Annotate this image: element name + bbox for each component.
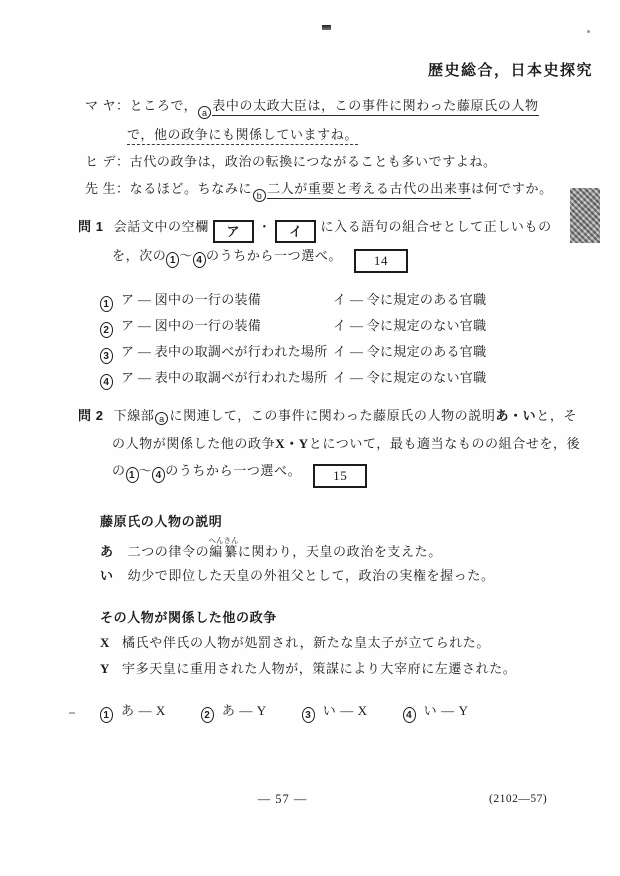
question2-line1: 問 2下線部aに関連して，この事件に関わった藤原氏の人物の説明あ・いと，そ bbox=[78, 406, 577, 426]
circled-number-4-icon: 4 bbox=[152, 467, 165, 483]
combo-text: い ― Y bbox=[424, 703, 469, 718]
scan-registration-mark bbox=[570, 188, 600, 243]
separator-dot: ・ bbox=[258, 219, 272, 234]
dialogue-line-maya: マ ヤ：ところで，a表中の太政大臣は，この事件に関わった藤原氏の人物 bbox=[85, 96, 539, 119]
circled-number-3-icon: 3 bbox=[302, 707, 315, 723]
annotation-marker-a-icon: a bbox=[155, 412, 168, 425]
statement-y-label: Y bbox=[100, 661, 110, 676]
question2-text: 下線部 bbox=[114, 408, 155, 423]
statement-x: X橘氏や伴氏の人物が処罰され，新たな皇太子が立てられた。 bbox=[100, 633, 490, 653]
underlined-text-a: 表中の太政大臣は，この事件に関わった藤原氏の人物 bbox=[212, 98, 538, 116]
option-right-text: イ ― 令に規定のある官職 bbox=[333, 344, 486, 359]
question1-text: 会話文中の空欄 bbox=[114, 219, 209, 234]
dialogue-text: は何ですか。 bbox=[471, 181, 553, 196]
question1-text: に入る語句の組合せとして正しいもの bbox=[320, 219, 551, 234]
circled-number-1-icon: 1 bbox=[166, 252, 179, 268]
circled-number-4-icon: 4 bbox=[193, 252, 206, 268]
dialogue-line-maya-cont: で，他の政争にも関係していますね。 bbox=[127, 125, 358, 145]
blank-box-i: イ bbox=[275, 220, 316, 243]
ruby-base: 編纂 bbox=[209, 544, 239, 559]
combo-text: あ ― Y bbox=[222, 703, 267, 718]
range-tilde: ～ bbox=[179, 248, 193, 263]
statement-x-label: X bbox=[100, 635, 110, 650]
statements-heading-struggle: その人物が関係した他の政争 bbox=[100, 608, 277, 628]
question1-label: 問 1 bbox=[78, 219, 104, 234]
q2-option-4: 4い ― Y bbox=[403, 701, 469, 723]
option-left-text: ア ― 図中の一行の装備 bbox=[121, 316, 333, 336]
answer-number-box-15: 15 bbox=[313, 464, 367, 488]
page-number: — 57 — bbox=[0, 792, 565, 807]
question2-line2: の人物が関係した他の政争X・Yとについて，最も適当なものの組合せを，後 bbox=[112, 434, 580, 454]
question1-text: のうちから一つ選べ。 bbox=[206, 248, 342, 263]
scan-dash-artifact bbox=[69, 712, 75, 714]
option-left-text: ア ― 表中の取調べが行われた場所 bbox=[121, 368, 333, 388]
option-right-text: イ ― 令に規定のない官職 bbox=[333, 318, 486, 333]
statement-refs-a-i: あ・い bbox=[495, 408, 536, 423]
question2-text: とについて，最も適当なものの組合せを，後 bbox=[309, 436, 580, 451]
ruby-hensan: 編纂へんさん bbox=[209, 544, 238, 559]
page-title: 歴史総合，日本史探究 bbox=[428, 59, 593, 80]
q1-option-1: 1ア ― 図中の一行の装備イ ― 令に規定のある官職 bbox=[100, 290, 486, 312]
question1-text: を，次の bbox=[112, 248, 166, 263]
scan-smudge-mark bbox=[322, 25, 331, 30]
question2-text: の bbox=[112, 463, 126, 478]
statement-i-text: 幼少で即位した天皇の外祖父として，政治の実権を握った。 bbox=[128, 568, 495, 583]
option-right-text: イ ― 令に規定のない官職 bbox=[333, 370, 486, 385]
question2-text: に関連して，この事件に関わった藤原氏の人物の説明 bbox=[169, 408, 495, 423]
statement-i-label: い bbox=[100, 568, 114, 583]
circled-number-4-icon: 4 bbox=[403, 707, 416, 723]
statement-i: い幼少で即位した天皇の外祖父として，政治の実権を握った。 bbox=[100, 566, 495, 586]
annotation-marker-b-icon: b bbox=[253, 189, 266, 202]
circled-number-2-icon: 2 bbox=[100, 322, 113, 338]
circled-number-1-icon: 1 bbox=[100, 707, 113, 723]
circled-number-4-icon: 4 bbox=[100, 374, 113, 390]
q1-option-3: 3ア ― 表中の取調べが行われた場所イ ― 令に規定のある官職 bbox=[100, 342, 486, 364]
circled-number-2-icon: 2 bbox=[201, 707, 214, 723]
scan-dot-artifact bbox=[587, 30, 590, 33]
circled-number-3-icon: 3 bbox=[100, 348, 113, 364]
speaker-teacher: 先 生： bbox=[85, 181, 130, 196]
statement-a-label: あ bbox=[100, 544, 114, 559]
q1-option-2: 2ア ― 図中の一行の装備イ ― 令に規定のない官職 bbox=[100, 316, 486, 338]
statement-a: あ二つの律令の編纂へんさんに関わり，天皇の政治を支えた。 bbox=[100, 536, 442, 562]
dialogue-text: なるほど。ちなみに bbox=[130, 181, 252, 196]
dialogue-text: 古代の政争は，政治の転換につながることも多いですよね。 bbox=[130, 154, 497, 169]
annotation-marker-a-icon: a bbox=[198, 106, 211, 119]
question2-text: と，そ bbox=[536, 408, 577, 423]
question2-text: の人物が関係した他の政争 bbox=[112, 436, 275, 451]
underlined-text-b: 二人が重要と考える古代の出来事 bbox=[267, 181, 471, 199]
circled-number-1-icon: 1 bbox=[126, 467, 139, 483]
range-tilde: ～ bbox=[139, 463, 153, 478]
circled-number-1-icon: 1 bbox=[100, 296, 113, 312]
dialogue-line-teacher: 先 生：なるほど。ちなみにb二人が重要と考える古代の出来事は何ですか。 bbox=[85, 179, 553, 202]
combo-text: い ― X bbox=[323, 703, 368, 718]
q2-option-1: 1あ ― X bbox=[100, 701, 166, 723]
q2-option-3: 3い ― X bbox=[302, 701, 368, 723]
question1-line2: を，次の1～4のうちから一つ選べ。14 bbox=[112, 246, 408, 273]
statement-y: Y宇多天皇に重用された人物が，策謀により大宰府に左遷された。 bbox=[100, 659, 516, 679]
answer-number-box-14: 14 bbox=[354, 249, 408, 273]
exam-page: 歴史総合，日本史探究 マ ヤ：ところで，a表中の太政大臣は，この事件に関わった藤… bbox=[0, 0, 620, 876]
blank-box-a: ア bbox=[213, 220, 254, 243]
statement-a-text: 二つの律令の bbox=[128, 544, 210, 559]
statements-heading-person: 藤原氏の人物の説明 bbox=[100, 512, 222, 532]
statement-a-text: に関わり，天皇の政治を支えた。 bbox=[238, 544, 442, 559]
combo-text: あ ― X bbox=[121, 703, 166, 718]
question2-label: 問 2 bbox=[78, 408, 104, 423]
option-right-text: イ ― 令に規定のある官職 bbox=[333, 292, 486, 307]
statement-y-text: 宇多天皇に重用された人物が，策謀により大宰府に左遷された。 bbox=[122, 661, 516, 676]
question2-text: のうちから一つ選べ。 bbox=[165, 463, 301, 478]
statement-refs-x-y: X・Y bbox=[275, 436, 309, 451]
ruby-furigana: へんさん bbox=[209, 536, 239, 545]
q1-option-4: 4ア ― 表中の取調べが行われた場所イ ― 令に規定のない官職 bbox=[100, 368, 486, 390]
document-code: (2102—57) bbox=[489, 793, 547, 805]
speaker-maya: マ ヤ： bbox=[85, 98, 130, 113]
q2-option-2: 2あ ― Y bbox=[201, 701, 267, 723]
option-left-text: ア ― 表中の取調べが行われた場所 bbox=[121, 342, 333, 362]
underlined-text-a-cont: で，他の政争にも関係していますね。 bbox=[127, 127, 358, 145]
option-left-text: ア ― 図中の一行の装備 bbox=[121, 290, 333, 310]
question2-line3: の1～4のうちから一つ選べ。15 bbox=[112, 461, 367, 488]
speaker-hide: ヒ デ： bbox=[85, 154, 130, 169]
q2-answer-options: 1あ ― X 2あ ― Y 3い ― X 4い ― Y bbox=[100, 701, 469, 723]
question1-line1: 問 1会話文中の空欄ア・イに入る語句の組合せとして正しいもの bbox=[78, 217, 552, 243]
statement-x-text: 橘氏や伴氏の人物が処罰され，新たな皇太子が立てられた。 bbox=[122, 635, 490, 650]
dialogue-text: ところで， bbox=[130, 98, 198, 113]
dialogue-line-hide: ヒ デ：古代の政争は，政治の転換につながることも多いですよね。 bbox=[85, 152, 497, 172]
